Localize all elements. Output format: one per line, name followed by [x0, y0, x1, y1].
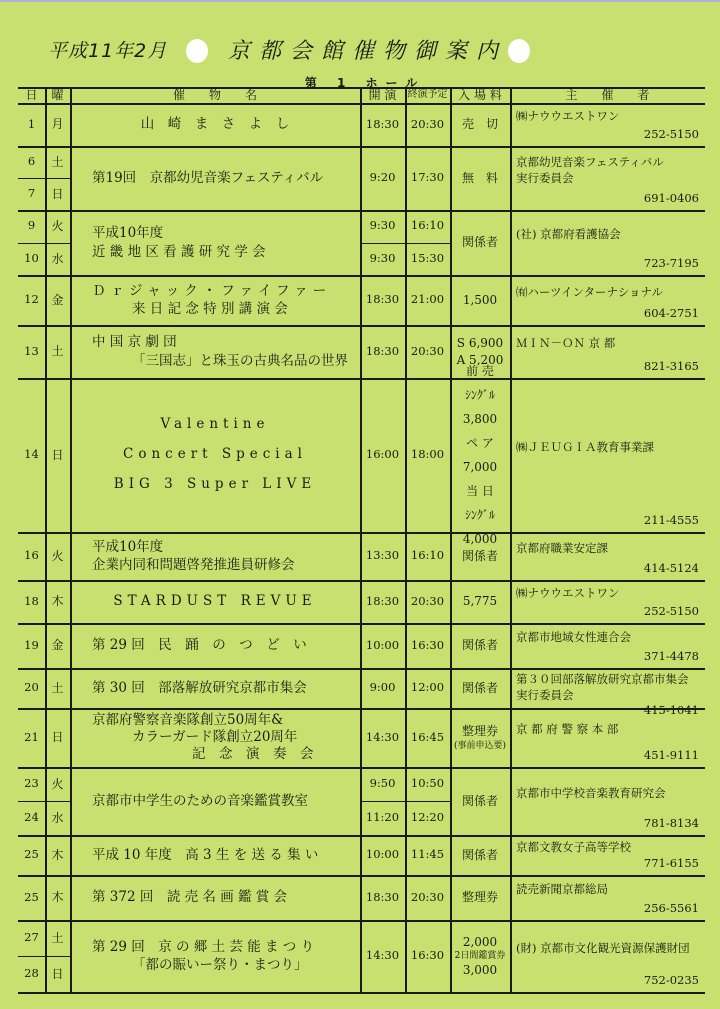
fee-cell: 関係者: [450, 835, 510, 875]
day-cell: 24: [18, 801, 45, 835]
header-event: 催 物 名: [70, 87, 360, 103]
start-time-cell: 18:30: [360, 325, 405, 378]
organizer-name: 京都市地域女性連合会: [516, 627, 699, 649]
weekday-cell: 火: [45, 210, 70, 243]
start-time-cell: 18:30: [360, 580, 405, 623]
fee-line: S 6,900: [457, 335, 503, 351]
event-name-line: 記 念 演 奏 会: [92, 746, 360, 763]
end-time-cell: 15:30: [405, 243, 450, 276]
organizer-phone: 691-0406: [644, 191, 699, 207]
organizer-phone: 771-6155: [644, 856, 699, 872]
fee-line: ｼﾝｸﾞﾙ 3,800: [450, 383, 510, 431]
organizer-name: 京都市中学校音楽教育研究会: [516, 771, 699, 816]
start-time-cell: 9:20: [360, 146, 405, 210]
organizer-name-line: 京都府職業安定課: [516, 541, 699, 557]
start-time-cell: 9:00: [360, 668, 405, 708]
weekday-cell: 木: [45, 835, 70, 875]
organizer-name-line: 読売新聞京都総局: [516, 882, 699, 898]
organizer-name-line: ㈲ハーツインターナショナル: [516, 285, 699, 301]
event-name-cell: 山 崎 ま さ よ し: [70, 103, 360, 146]
weekday-cell: 金: [45, 275, 70, 325]
organizer-name: 京都幼児音楽フェスティバル実行委員会: [516, 150, 699, 191]
row-divider: [18, 801, 70, 802]
event-name-cell: 中 国 京 劇 団「三国志」と珠玉の古典名品の世界: [70, 325, 360, 378]
organizer-phone: 252-5150: [644, 127, 699, 143]
fee-cell: 関係者: [450, 623, 510, 668]
end-time-cell: 12:00: [405, 668, 450, 708]
start-time-cell: 10:00: [360, 835, 405, 875]
organizer-name-line: 第３０回部落解放研究京都市集会: [516, 672, 699, 688]
punch-hole-left: [186, 39, 208, 63]
day-cell: 1: [18, 103, 45, 146]
header-day: 日: [18, 87, 45, 103]
organizer-cell: ＭＩＮ－ＯＮ 京 都821-3165: [510, 325, 705, 378]
organizer-cell: 京 都 府 警 察 本 部451-9111: [510, 708, 705, 767]
fee-line: 1,500: [463, 292, 497, 308]
column-divider: [360, 87, 362, 992]
event-name-line: 第 372 回 読 売 名 画 鑑 賞 会: [92, 888, 360, 906]
scan-top-edge: [0, 0, 720, 2]
event-name-line: 「三国志」と珠玉の古典名品の世界: [92, 352, 360, 370]
event-name-line: 第 29 回 民 踊 の つ ど い: [92, 636, 360, 654]
organizer-name: 京 都 府 警 察 本 部: [516, 712, 699, 748]
organizer-name-line: ＭＩＮ－ＯＮ 京 都: [516, 336, 699, 352]
end-time-cell: 16:10: [405, 210, 450, 243]
end-time-cell: 21:00: [405, 275, 450, 325]
event-name-cell: 第 30 回 部落解放研究京都市集会: [70, 668, 360, 708]
organizer-name: 読売新聞京都総局: [516, 879, 699, 901]
day-cell: 9: [18, 210, 45, 243]
organizer-cell: (財) 京都市文化観光資源保護財団752-0235: [510, 920, 705, 992]
organizer-cell: 京都市地域女性連合会371-4478: [510, 623, 705, 668]
organizer-name: (社) 京都府看護協会: [516, 214, 699, 256]
column-divider: [510, 87, 512, 992]
event-name-line: BIG 3 Super LIVE: [114, 470, 316, 500]
start-time-cell: 18:30: [360, 875, 405, 920]
organizer-phone: 211-4555: [644, 513, 699, 529]
day-cell: 19: [18, 623, 45, 668]
start-time-cell: 13:30: [360, 532, 405, 580]
weekday-cell: 水: [45, 801, 70, 835]
fee-cell: 無 料: [450, 146, 510, 210]
header-fee: 入 場 料: [450, 87, 510, 103]
organizer-phone: 414-5124: [644, 561, 699, 577]
organizer-name-line: ㈱ナウウエストワン: [516, 109, 699, 125]
end-time-cell: 20:30: [405, 325, 450, 378]
end-time-cell: 17:30: [405, 146, 450, 210]
fee-cell: 関係者: [450, 210, 510, 275]
event-name-cell: Ｄｒジャック・ファイファー来 日 記 念 特 別 講 演 会: [70, 275, 360, 325]
event-name-cell: STARDUST REVUE: [70, 580, 360, 623]
fee-line: 関係者: [462, 680, 498, 696]
organizer-phone: 604-2751: [644, 306, 699, 322]
organizer-phone: 752-0235: [644, 973, 699, 989]
punch-hole-right: [508, 39, 530, 63]
organizer-phone: 252-5150: [644, 604, 699, 620]
end-time-cell: 16:45: [405, 708, 450, 767]
fee-line: 売 切: [462, 116, 498, 132]
organizer-phone: 371-4478: [644, 649, 699, 665]
organizer-name-line: 実行委員会: [516, 171, 699, 187]
end-time-cell: 20:30: [405, 580, 450, 623]
fee-cell: 1,500: [450, 275, 510, 325]
header-weekday: 曜: [45, 87, 70, 103]
organizer-name: 第３０回部落解放研究京都市集会実行委員会: [516, 672, 699, 703]
document-title: 平成11年2月 京都会館催物御案内: [48, 36, 167, 63]
organizer-cell: 京都市中学校音楽教育研究会781-8134: [510, 767, 705, 835]
event-name-line: STARDUST REVUE: [113, 587, 316, 617]
start-time-cell: 9:30: [360, 243, 405, 276]
event-name-cell: 平成10年度近 畿 地 区 看 護 研 究 学 会: [70, 210, 360, 275]
day-cell: 16: [18, 532, 45, 580]
weekday-cell: 金: [45, 623, 70, 668]
organizer-name-line: (社) 京都府看護協会: [516, 227, 699, 243]
end-time-cell: 20:30: [405, 875, 450, 920]
event-name-line: 中 国 京 劇 団: [92, 333, 360, 351]
weekday-cell: 木: [45, 875, 70, 920]
organizer-phone: 723-7195: [644, 256, 699, 272]
fee-line: (事前申込要): [454, 740, 506, 752]
event-name-cell: 第 29 回 民 踊 の つ ど い: [70, 623, 360, 668]
organizer-cell: 京都文教女子高等学校771-6155: [510, 835, 705, 875]
organizer-name-line: 京都幼児音楽フェスティバル: [516, 155, 699, 171]
fee-line: 整理券: [462, 889, 498, 905]
day-cell: 10: [18, 243, 45, 276]
fee-cell: 関係者: [450, 532, 510, 580]
fee-line: 関係者: [462, 637, 498, 653]
start-time-cell: 11:20: [360, 801, 405, 835]
weekday-cell: 火: [45, 767, 70, 801]
organizer-cell: 京都幼児音楽フェスティバル実行委員会691-0406: [510, 146, 705, 210]
title-main: 京都会館催物御案内: [228, 34, 507, 65]
end-time-cell: 18:00: [405, 378, 450, 532]
event-name-cell: 第19回 京都幼児音楽フェスティバル: [70, 146, 360, 210]
fee-line: 整理券: [462, 723, 498, 739]
weekday-cell: 土: [45, 146, 70, 178]
event-name-line: Valentine: [161, 410, 270, 440]
event-name-line: 近 畿 地 区 看 護 研 究 学 会: [92, 243, 360, 261]
start-time-cell: 9:50: [360, 767, 405, 801]
organizer-name-line: (財) 京都市文化観光資源保護財団: [516, 941, 699, 957]
event-name-line: 京都市中学生のための音楽鑑賞教室: [92, 792, 360, 810]
day-cell: 14: [18, 378, 45, 532]
day-cell: 25: [18, 835, 45, 875]
column-divider: [450, 87, 452, 992]
organizer-cell: ㈱ＪＥＵＧＩＡ教育事業課211-4555: [510, 378, 705, 532]
weekday-cell: 木: [45, 580, 70, 623]
event-name-cell: 平成 10 年度 高 3 生 を 送 る 集 い: [70, 835, 360, 875]
organizer-name-line: ㈱ナウウエストワン: [516, 586, 699, 602]
day-cell: 7: [18, 178, 45, 210]
end-time-cell: 11:45: [405, 835, 450, 875]
event-name-line: 平成10年度: [92, 224, 360, 242]
organizer-cell: 第３０回部落解放研究京都市集会実行委員会415-1041: [510, 668, 705, 708]
end-time-cell: 16:30: [405, 623, 450, 668]
fee-line: 関係者: [462, 793, 498, 809]
start-time-cell: 14:30: [360, 920, 405, 992]
end-time-cell: 12:20: [405, 801, 450, 835]
day-cell: 25: [18, 875, 45, 920]
weekday-cell: 日: [45, 178, 70, 210]
organizer-name: ㈱ナウウエストワン: [516, 107, 699, 127]
start-time-cell: 18:30: [360, 103, 405, 146]
organizer-cell: (社) 京都府看護協会723-7195: [510, 210, 705, 275]
weekday-cell: 月: [45, 103, 70, 146]
event-name-line: 山 崎 ま さ よ し: [141, 115, 290, 133]
organizer-cell: ㈱ナウウエストワン252-5150: [510, 103, 705, 146]
event-name-line: 第19回 京都幼児音楽フェスティバル: [92, 169, 360, 187]
fee-line: 5,775: [463, 593, 497, 609]
end-time-cell: 16:10: [405, 532, 450, 580]
end-time-cell: 16:30: [405, 920, 450, 992]
fee-line: 関係者: [462, 847, 498, 863]
event-name-cell: 第 29 回 京 の 郷 土 芸 能 ま つ り「都の賑いー祭り・まつり」: [70, 920, 360, 992]
fee-line: 関係者: [462, 548, 498, 564]
event-name-cell: 第 372 回 読 売 名 画 鑑 賞 会: [70, 875, 360, 920]
weekday-cell: 火: [45, 532, 70, 580]
organizer-phone: 256-5561: [644, 901, 699, 917]
organizer-name-line: 京都市中学校音楽教育研究会: [516, 786, 699, 802]
fee-cell: 前 売ｼﾝｸﾞﾙ 3,800ペ ア 7,000当 日ｼﾝｸﾞﾙ 4,000: [450, 378, 510, 532]
event-name-line: 平成10年度: [92, 538, 360, 556]
day-cell: 12: [18, 275, 45, 325]
event-name-line: 京都府警察音楽隊創立50周年&: [92, 712, 360, 729]
organizer-phone: 821-3165: [644, 359, 699, 375]
title-date: 平成11年2月: [48, 40, 167, 62]
weekday-cell: 日: [45, 708, 70, 767]
organizer-phone: 451-9111: [644, 748, 699, 764]
event-name-line: 第 29 回 京 の 郷 土 芸 能 ま つ り: [92, 938, 360, 956]
fee-line: 関係者: [462, 234, 498, 250]
weekday-cell: 土: [45, 668, 70, 708]
event-name-line: Concert Special: [123, 440, 307, 470]
organizer-name-line: 京都文教女子高等学校: [516, 840, 699, 856]
weekday-cell: 水: [45, 243, 70, 276]
day-cell: 6: [18, 146, 45, 178]
fee-cell: 売 切: [450, 103, 510, 146]
fee-line: 2日間鑑賞券: [455, 950, 506, 962]
fee-line: 無 料: [462, 170, 498, 186]
day-cell: 27: [18, 920, 45, 956]
organizer-cell: 京都府職業安定課414-5124: [510, 532, 705, 580]
fee-line: 2,000: [463, 934, 497, 950]
event-name-cell: 京都府警察音楽隊創立50周年&カラーガード隊創立20周年記 念 演 奏 会: [70, 708, 360, 767]
fee-line: ペ ア 7,000: [450, 431, 510, 479]
event-name-line: カラーガード隊創立20周年: [92, 729, 360, 746]
event-name-line: 企業内同和問題啓発推進員研修会: [92, 556, 360, 574]
event-name-line: 平成 10 年度 高 3 生 を 送 る 集 い: [92, 846, 360, 864]
start-time-cell: 18:30: [360, 275, 405, 325]
organizer-name-line: 京都市地域女性連合会: [516, 630, 699, 646]
day-cell: 20: [18, 668, 45, 708]
event-name-line: 来 日 記 念 特 別 講 演 会: [92, 300, 360, 318]
fee-cell: 関係者: [450, 668, 510, 708]
column-divider: [45, 87, 47, 992]
fee-line: 3,000: [463, 962, 497, 978]
fee-line: 当 日: [466, 479, 494, 503]
header-start: 開 演: [360, 87, 405, 103]
row-divider: [18, 178, 70, 179]
end-time-cell: 10:50: [405, 767, 450, 801]
organizer-name-line: 京 都 府 警 察 本 部: [516, 722, 699, 738]
organizer-cell: ㈲ハーツインターナショナル604-2751: [510, 275, 705, 325]
end-time-cell: 20:30: [405, 103, 450, 146]
organizer-cell: 読売新聞京都総局256-5561: [510, 875, 705, 920]
row-divider: [18, 992, 705, 994]
organizer-name: (財) 京都市文化観光資源保護財団: [516, 924, 699, 973]
fee-cell: 整理券: [450, 875, 510, 920]
start-time-cell: 16:00: [360, 378, 405, 532]
event-name-line: 第 30 回 部落解放研究京都市集会: [92, 679, 360, 697]
organizer-cell: ㈱ナウウエストワン252-5150: [510, 580, 705, 623]
fee-cell: 関係者: [450, 767, 510, 835]
event-name-cell: ValentineConcert SpecialBIG 3 Super LIVE: [70, 378, 360, 532]
organizer-name: ㈱ＪＥＵＧＩＡ教育事業課: [516, 382, 699, 513]
row-divider: [18, 956, 70, 957]
header-organizer: 主 催 者: [510, 87, 705, 103]
column-divider: [405, 87, 407, 992]
column-divider: [70, 87, 72, 992]
event-name-line: Ｄｒジャック・ファイファー: [92, 282, 360, 300]
fee-cell: 5,775: [450, 580, 510, 623]
day-cell: 18: [18, 580, 45, 623]
fee-cell: 2,0002日間鑑賞券3,000: [450, 920, 510, 992]
start-time-cell: 10:00: [360, 623, 405, 668]
day-cell: 13: [18, 325, 45, 378]
organizer-name: 京都府職業安定課: [516, 536, 699, 561]
start-time-cell: 14:30: [360, 708, 405, 767]
header-end: 終演予定: [405, 87, 450, 103]
weekday-cell: 土: [45, 325, 70, 378]
organizer-phone: 781-8134: [644, 816, 699, 832]
organizer-name: ㈲ハーツインターナショナル: [516, 279, 699, 306]
day-cell: 28: [18, 956, 45, 992]
fee-cell: 整理券(事前申込要): [450, 708, 510, 767]
organizer-name: ＭＩＮ－ＯＮ 京 都: [516, 329, 699, 359]
day-cell: 21: [18, 708, 45, 767]
event-name-cell: 平成10年度企業内同和問題啓発推進員研修会: [70, 532, 360, 580]
organizer-name: ㈱ナウウエストワン: [516, 584, 699, 604]
weekday-cell: 土: [45, 920, 70, 956]
organizer-name-line: 実行委員会: [516, 688, 699, 704]
fee-line: 前 売: [466, 359, 494, 383]
organizer-name-line: ㈱ＪＥＵＧＩＡ教育事業課: [516, 440, 699, 456]
organizer-name: 京都文教女子高等学校: [516, 839, 699, 856]
event-name-cell: 京都市中学生のための音楽鑑賞教室: [70, 767, 360, 835]
start-time-cell: 9:30: [360, 210, 405, 243]
day-cell: 23: [18, 767, 45, 801]
row-divider: [18, 243, 70, 244]
weekday-cell: 日: [45, 956, 70, 992]
weekday-cell: 日: [45, 378, 70, 532]
event-name-line: 「都の賑いー祭り・まつり」: [92, 956, 360, 974]
